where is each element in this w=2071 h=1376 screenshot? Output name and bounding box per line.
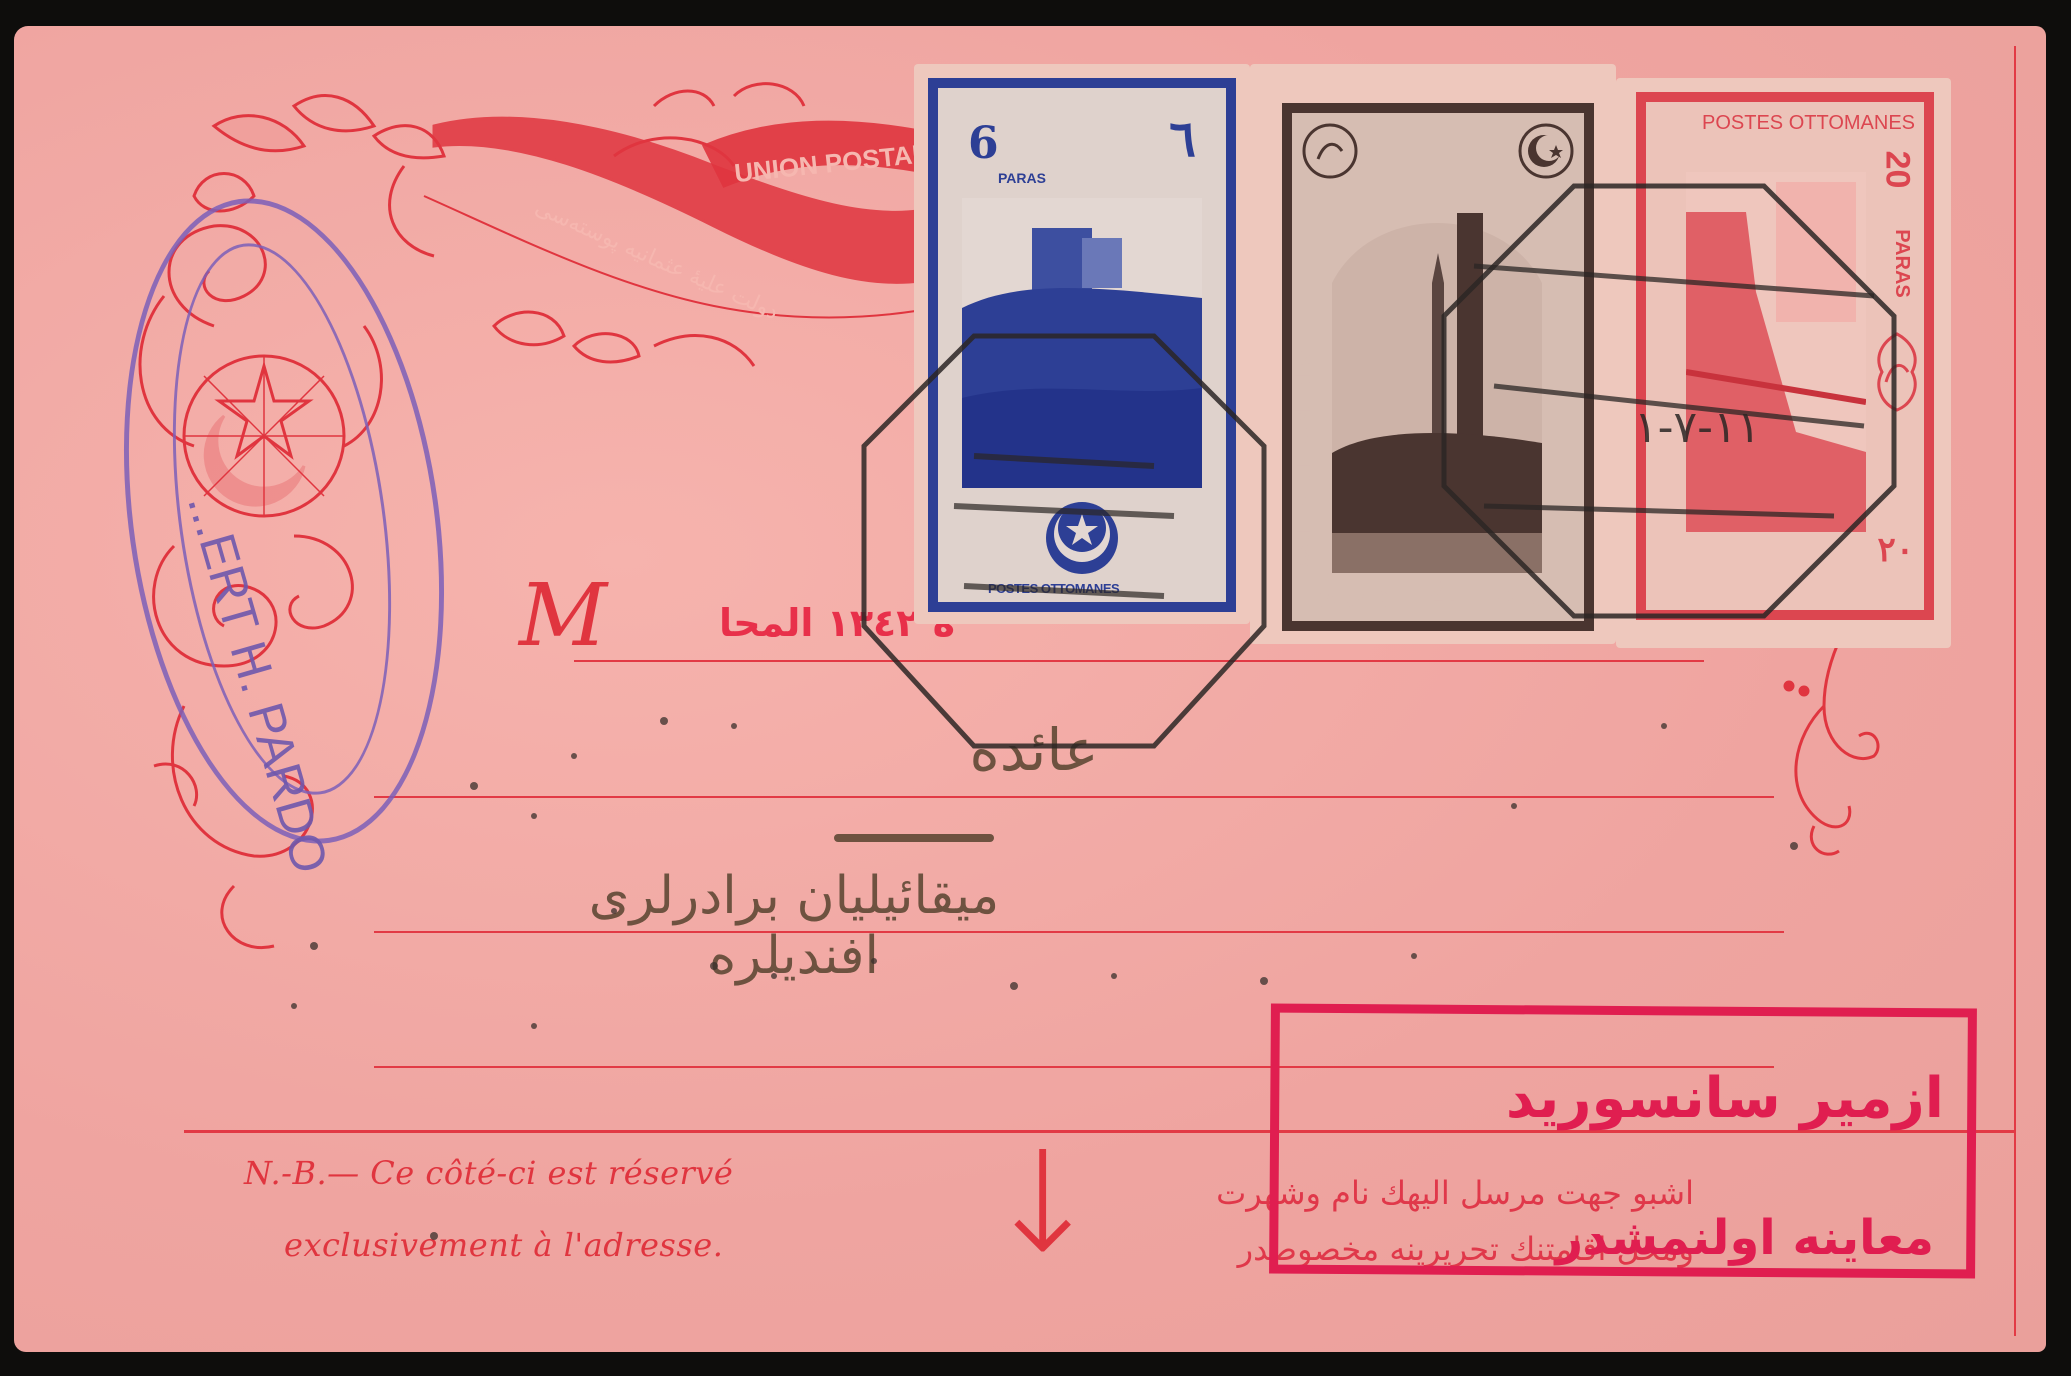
postcard: UNION POSTALE دولت عليهٔ عثمانيه پوسته‌س… [14,26,2046,1352]
paper-specks [14,26,2046,1352]
